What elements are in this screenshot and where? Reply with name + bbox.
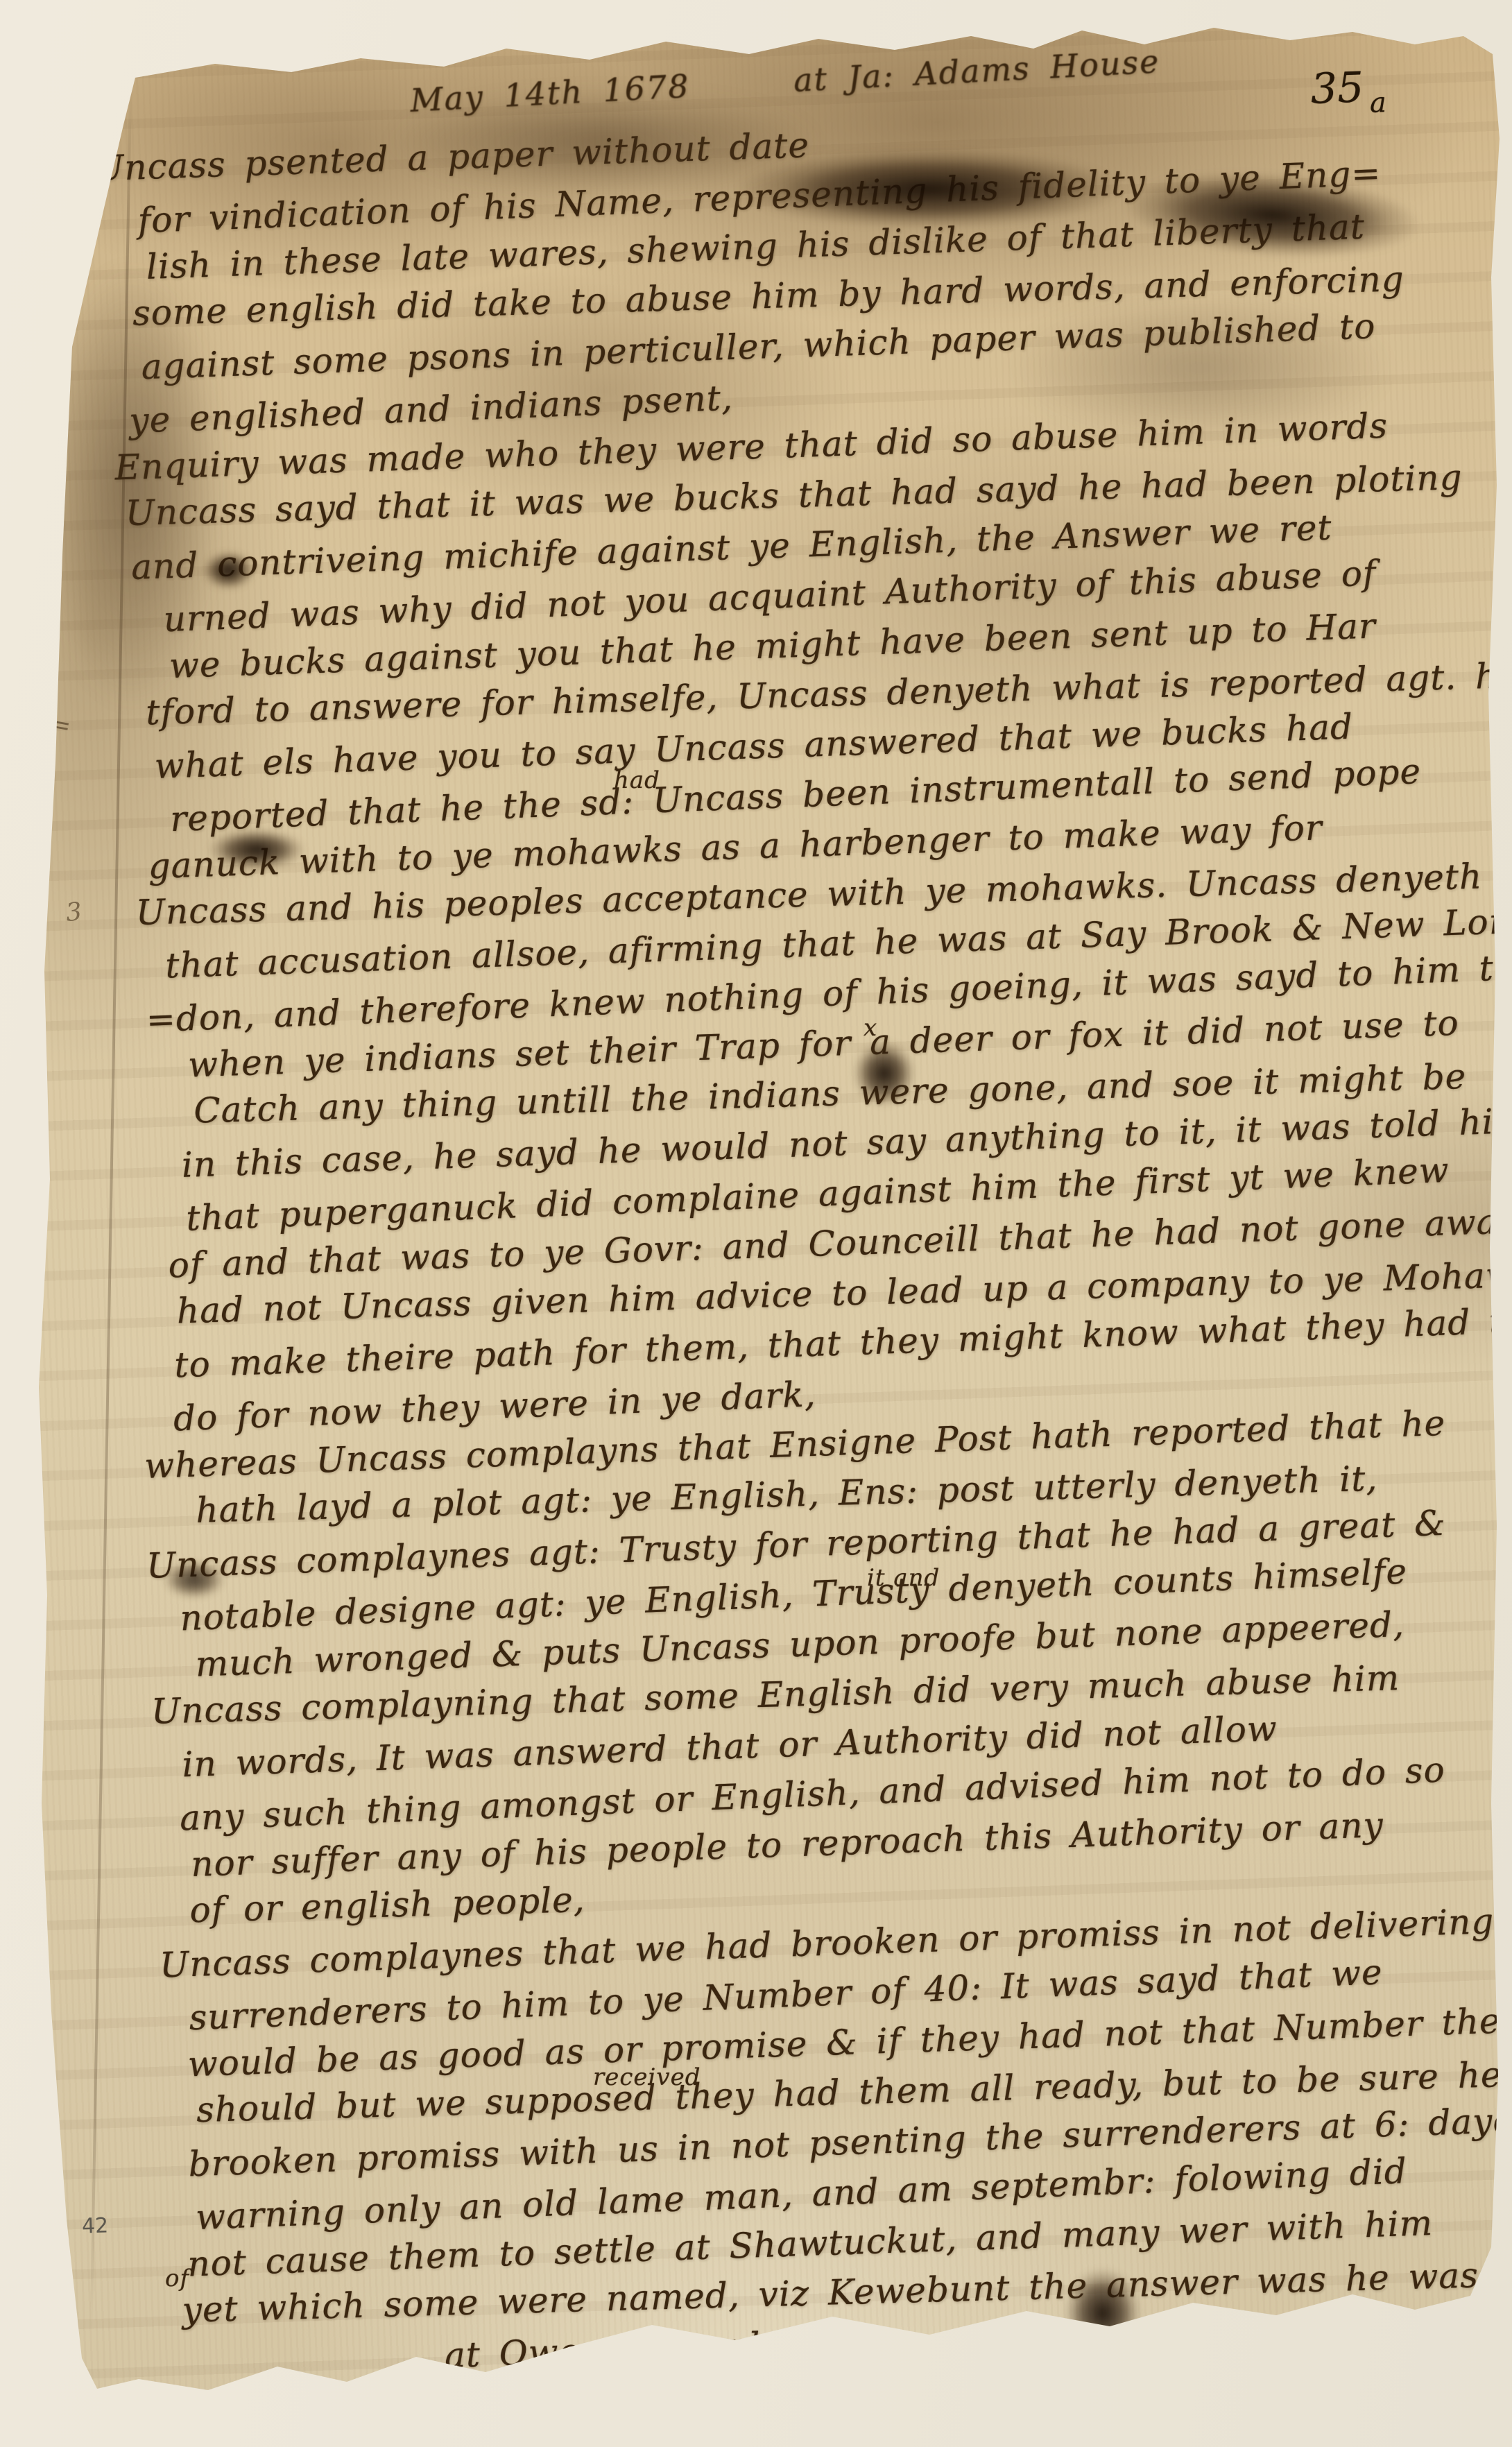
interlinear-insertion: x (864, 1014, 877, 1042)
interlinear-insertion: it and (867, 1564, 940, 1592)
ink-blot-strikeout (208, 829, 305, 870)
pencil-foliation-note: 42 (81, 2213, 108, 2238)
stain (42, 264, 222, 707)
margin-mark: 3 (65, 898, 83, 927)
manuscript-page: May 14th 1678at Ja: Adams House 35a Unca… (0, 0, 1512, 2447)
interlinear-insertion: of (165, 2265, 189, 2292)
ink-blot-strikeout (163, 1561, 225, 1599)
manuscript-text: Uncass psented a paper without date for … (142, 98, 1512, 2388)
interlinear-insertion: received (593, 2063, 701, 2091)
margin-mark: = (48, 710, 74, 741)
ink-blot (1065, 2268, 1141, 2358)
interlinear-insertion: had (614, 766, 660, 794)
ink-smudge (388, 90, 818, 194)
heading-place: at Ja: Adams House (793, 42, 1161, 99)
stain (1006, 291, 1394, 444)
ink-blot (853, 1040, 916, 1106)
